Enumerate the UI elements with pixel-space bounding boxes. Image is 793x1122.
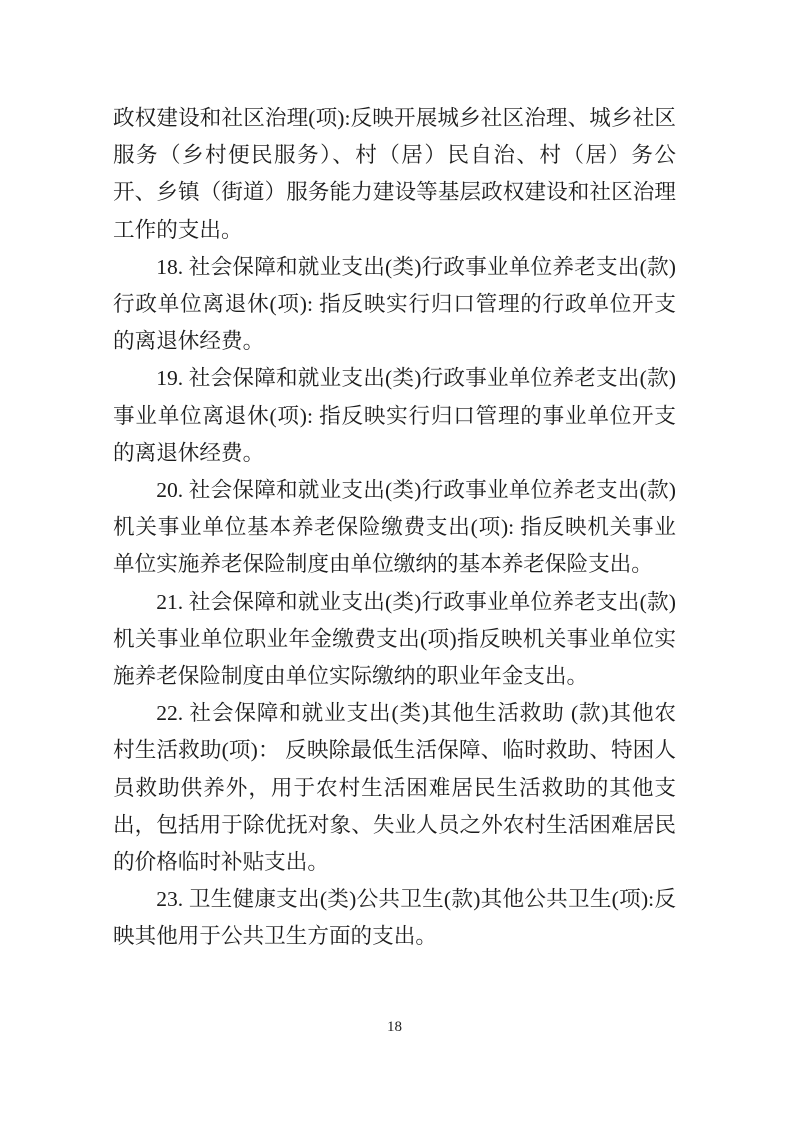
- paragraph-item-23: 23. 卫生健康支出(类)公共卫生(款)其他公共卫生(项):反映其他用于公共卫生…: [113, 881, 676, 955]
- document-body: 政权建设和社区治理(项):反映开展城乡社区治理、城乡社区服务（乡村便民服务）、村…: [113, 100, 676, 956]
- paragraph-continuation: 政权建设和社区治理(项):反映开展城乡社区治理、城乡社区服务（乡村便民服务）、村…: [113, 100, 676, 249]
- paragraph-item-22: 22. 社会保障和就业支出(类)其他生活救助 (款)其他农村生活救助(项)： 反…: [113, 695, 676, 881]
- paragraph-item-20: 20. 社会保障和就业支出(类)行政事业单位养老支出(款)机关事业单位基本养老保…: [113, 472, 676, 584]
- page-number: 18: [113, 1018, 676, 1036]
- document-page: 政权建设和社区治理(项):反映开展城乡社区治理、城乡社区服务（乡村便民服务）、村…: [0, 0, 793, 1122]
- paragraph-item-19: 19. 社会保障和就业支出(类)行政事业单位养老支出(款)事业单位离退休(项):…: [113, 360, 676, 472]
- paragraph-item-21: 21. 社会保障和就业支出(类)行政事业单位养老支出(款)机关事业单位职业年金缴…: [113, 584, 676, 696]
- paragraph-item-18: 18. 社会保障和就业支出(类)行政事业单位养老支出(款)行政单位离退休(项):…: [113, 249, 676, 361]
